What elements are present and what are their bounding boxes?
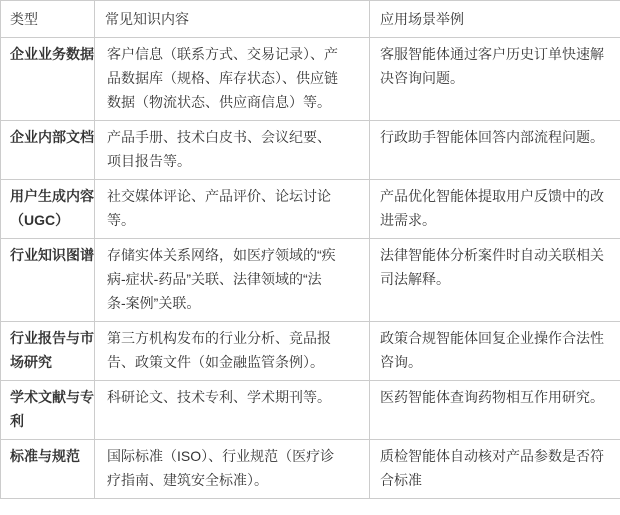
cell-type: 行业报告与市场研究 (1, 322, 95, 381)
header-type: 类型 (1, 1, 95, 38)
cell-example: 法律智能体分析案件时自动关联相关司法解释。 (370, 239, 620, 322)
cell-content: 社交媒体评论、产品评价、论坛讨论等。 (95, 180, 370, 239)
table-row: 企业业务数据 客户信息（联系方式、交易记录）、产品数据库（规格、库存状态）、供应… (1, 38, 620, 121)
cell-type: 企业业务数据 (1, 38, 95, 121)
cell-type: 学术文献与专利 (1, 381, 95, 440)
cell-example: 医药智能体查询药物相互作用研究。 (370, 381, 620, 440)
cell-example: 客服智能体通过客户历史订单快速解决咨询问题。 (370, 38, 620, 121)
header-row: 类型 常见知识内容 应用场景举例 (1, 1, 620, 38)
cell-content: 存储实体关系网络，如医疗领域的“疾病-症状-药品”关联、法律领域的“法条-案例”… (95, 239, 370, 322)
cell-content: 国际标准（ISO）、行业规范（医疗诊疗指南、建筑安全标准）。 (95, 440, 370, 499)
cell-type: 标准与规范 (1, 440, 95, 499)
table-row: 行业知识图谱 存储实体关系网络，如医疗领域的“疾病-症状-药品”关联、法律领域的… (1, 239, 620, 322)
table-row: 标准与规范 国际标准（ISO）、行业规范（医疗诊疗指南、建筑安全标准）。 质检智… (1, 440, 620, 499)
table-header: 类型 常见知识内容 应用场景举例 (1, 1, 620, 38)
cell-example: 产品优化智能体提取用户反馈中的改进需求。 (370, 180, 620, 239)
cell-content: 客户信息（联系方式、交易记录）、产品数据库（规格、库存状态）、供应链数据（物流状… (95, 38, 370, 121)
cell-type: 行业知识图谱 (1, 239, 95, 322)
table-row: 用户生成内容（UGC） 社交媒体评论、产品评价、论坛讨论等。 产品优化智能体提取… (1, 180, 620, 239)
header-content: 常见知识内容 (95, 1, 370, 38)
cell-example: 质检智能体自动核对产品参数是否符合标准 (370, 440, 620, 499)
cell-content: 第三方机构发布的行业分析、竞品报告、政策文件（如金融监管条例）。 (95, 322, 370, 381)
cell-type: 用户生成内容（UGC） (1, 180, 95, 239)
table-body: 企业业务数据 客户信息（联系方式、交易记录）、产品数据库（规格、库存状态）、供应… (1, 38, 620, 499)
cell-content: 产品手册、技术白皮书、会议纪要、项目报告等。 (95, 121, 370, 180)
header-example: 应用场景举例 (370, 1, 620, 38)
cell-example: 行政助手智能体回答内部流程问题。 (370, 121, 620, 180)
cell-example: 政策合规智能体回复企业操作合法性咨询。 (370, 322, 620, 381)
table-row: 行业报告与市场研究 第三方机构发布的行业分析、竞品报告、政策文件（如金融监管条例… (1, 322, 620, 381)
cell-content: 科研论文、技术专利、学术期刊等。 (95, 381, 370, 440)
knowledge-types-table: 类型 常见知识内容 应用场景举例 企业业务数据 客户信息（联系方式、交易记录）、… (0, 0, 620, 499)
table-row: 学术文献与专利 科研论文、技术专利、学术期刊等。 医药智能体查询药物相互作用研究… (1, 381, 620, 440)
table-row: 企业内部文档 产品手册、技术白皮书、会议纪要、项目报告等。 行政助手智能体回答内… (1, 121, 620, 180)
cell-type: 企业内部文档 (1, 121, 95, 180)
